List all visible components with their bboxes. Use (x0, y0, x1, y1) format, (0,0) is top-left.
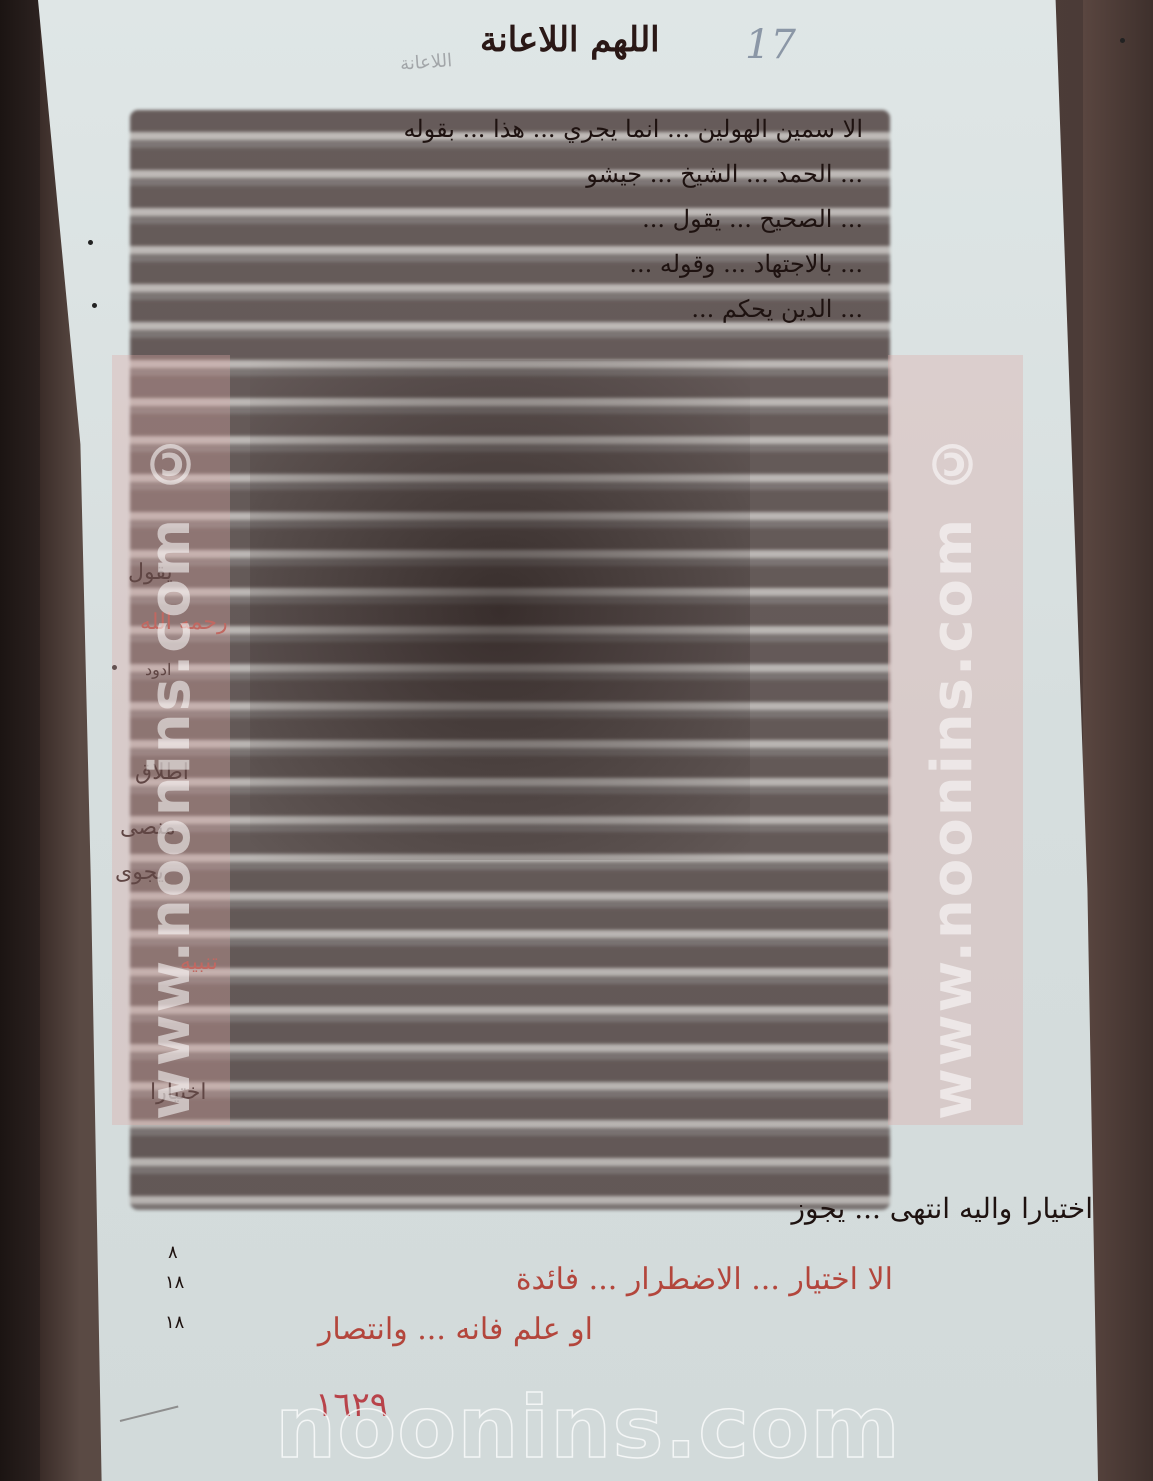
ink-bleed-area (250, 360, 750, 860)
ink-dot (88, 240, 93, 245)
margin-number: ٨ (168, 1242, 178, 1263)
folio-number: 17 (745, 22, 796, 68)
text-line: الا سمين الهولين ... انما يجري ... هذا .… (404, 115, 864, 143)
watermark-right: www.noonins.com © (920, 360, 985, 1120)
watermark-bottom: noonins.com (275, 1378, 901, 1478)
closing-line-red: او علم فانه ... وانتصار (318, 1312, 593, 1347)
closing-line: اختيارا واليه انتهى ... يجوز (791, 1192, 1093, 1225)
text-line: ... بالاجتهاد ... وقوله ... (629, 250, 863, 278)
text-line: ... الحمد ... الشيخ ... جيشو (586, 160, 863, 188)
left-dark-edge (0, 0, 40, 1481)
ink-dot (1120, 38, 1125, 43)
ink-dot (92, 303, 97, 308)
text-line: ... الصحيح ... يقول ... (642, 205, 863, 233)
faint-stamp: اللاعانة (399, 50, 452, 75)
margin-number: ١٨ (165, 1272, 184, 1293)
text-line: ... الدين يحكم ... (691, 295, 863, 323)
closing-line-red: الا اختيار ... الاضطرار ... فائدة (516, 1262, 893, 1297)
watermark-left: www.noonins.com © (138, 360, 203, 1120)
margin-number: ١٨ (165, 1312, 184, 1333)
page-heading: اللهم اللاعانة (480, 20, 660, 60)
